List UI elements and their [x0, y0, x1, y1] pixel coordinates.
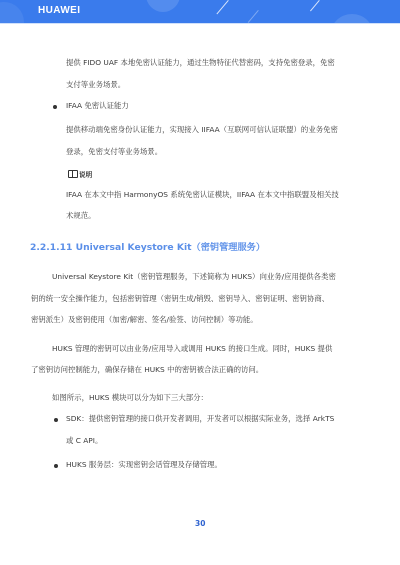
- book-icon: [68, 170, 78, 178]
- huks-intro-line1: Universal Keystore Kit（密钥管理服务，下述简称为 HUKS…: [52, 272, 336, 282]
- note-text-line1: IFAA 在本文中指 HarmonyOS 系统免密认证模块，IIFAA 在本文中…: [66, 190, 339, 200]
- section-heading: 2.2.1.11 Universal Keystore Kit（密钥管理服务）: [30, 239, 265, 253]
- huks-intro-line2: 钥的统一安全操作能力，包括密钥管理（密钥生成/销毁、密钥导入、密钥证明、密钥协商…: [31, 294, 329, 304]
- fido-description-line2: 支付等业务场景。: [66, 80, 125, 90]
- note-label: 说明: [79, 169, 92, 179]
- bullet-icon: [54, 418, 58, 422]
- bullet-icon: [53, 105, 57, 109]
- huks-parts-intro: 如图所示，HUKS 模块可以分为如下三大部分：: [52, 393, 208, 403]
- huks-keys-line1: HUKS 管理的密钥可以由业务/应用导入或调用 HUKS 的接口生成。同时，HU…: [52, 344, 332, 354]
- huks-keys-line2: 了密钥访问控制能力，确保存储在 HUKS 中的密钥被合法正确的访问。: [31, 365, 263, 375]
- ifaa-description-line2: 登录，免密支付等业务场景。: [66, 147, 162, 157]
- sdk-bullet-line1: SDK：提供密钥管理的接口供开发者调用，开发者可以根据实际业务，选择 ArkTS: [66, 414, 334, 424]
- bullet-icon: [54, 464, 58, 468]
- document-page: 提供 FIDO UAF 本地免密认证能力，通过生物特征代替密码，支持免密登录，免…: [0, 0, 400, 565]
- page-number: 30: [195, 519, 205, 528]
- huks-intro-line3: 密钥派生）及密钥使用（加密/解密、签名/验签、访问控制）等功能。: [31, 315, 258, 325]
- note-text-line2: 术规范。: [66, 211, 96, 221]
- ifaa-bullet-item: IFAA 免密认证能力: [66, 101, 129, 111]
- fido-description-line1: 提供 FIDO UAF 本地免密认证能力，通过生物特征代替密码，支持免密登录，免…: [66, 58, 335, 68]
- sdk-bullet-line2: 或 C API。: [66, 436, 102, 446]
- huks-service-bullet: HUKS 服务层：实现密钥会话管理及存储管理。: [66, 460, 222, 470]
- ifaa-description-line1: 提供移动端免密身份认证能力，实现接入 IIFAA（互联网可信认证联盟）的业务免密: [66, 125, 338, 135]
